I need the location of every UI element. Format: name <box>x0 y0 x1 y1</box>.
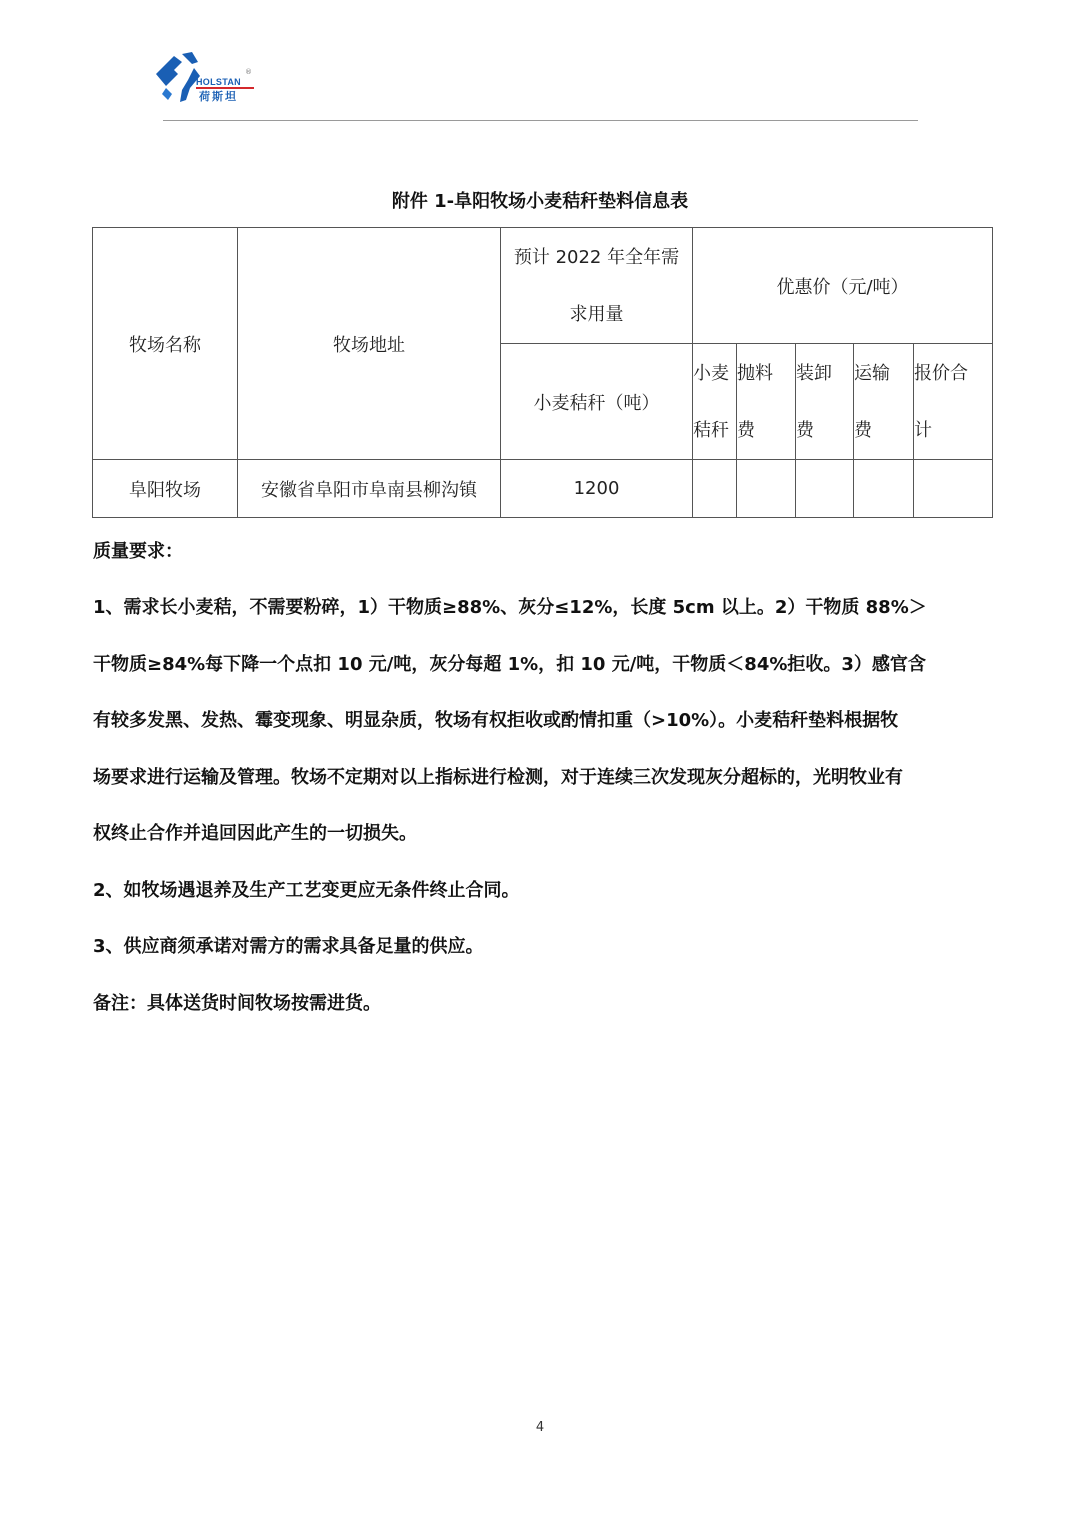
quality-heading: 质量要求： <box>93 537 993 563</box>
header-line: 费 <box>796 420 814 441</box>
document-title: 附件 1-阜阳牧场小麦秸秆垫料信息表 <box>0 187 1080 213</box>
header-line: 运输 <box>854 363 890 384</box>
cell-loading-fee <box>796 460 854 518</box>
logo-brand-en: HOLSTAN <box>196 77 241 87</box>
remark: 备注：具体送货时间牧场按需进货。 <box>93 989 993 1015</box>
header-discount-price: 优惠价（元/吨） <box>693 228 993 344</box>
cell-wheat-straw-price <box>693 460 737 518</box>
header-throwing-fee: 抛料费 <box>737 344 796 460</box>
header-farm-name: 牧场名称 <box>93 228 238 460</box>
farm-info-table: 牧场名称 牧场地址 预计 2022 年全年需求用量 优惠价（元/吨） 小麦秸秆（… <box>92 227 993 518</box>
header-line: 费 <box>854 420 872 441</box>
header-line: 抛料 <box>737 363 773 384</box>
header-farm-address: 牧场地址 <box>238 228 501 460</box>
requirement-item-2: 2、如牧场遇退养及生产工艺变更应无条件终止合同。 <box>93 876 993 902</box>
requirement-line: 有较多发黑、发热、霉变现象、明显杂质，牧场有权拒收或酌情扣重（>10%）。小麦秸… <box>93 706 993 732</box>
header-annual-demand: 预计 2022 年全年需求用量 <box>501 228 693 344</box>
cell-demand: 1200 <box>501 460 693 518</box>
requirement-line: 场要求进行运输及管理。牧场不定期对以上指标进行检测，对于连续三次发现灰分超标的，… <box>93 763 993 789</box>
table-row: 阜阳牧场 安徽省阜阳市阜南县柳沟镇 1200 <box>93 460 993 518</box>
registered-mark: ® <box>245 68 252 76</box>
requirement-item-3: 3、供应商须承诺对需方的需求具备足量的供应。 <box>93 932 993 958</box>
header-transport-fee: 运输费 <box>854 344 914 460</box>
header-line: 费 <box>737 420 755 441</box>
cell-total <box>914 460 993 518</box>
header-line: 装卸 <box>796 363 832 384</box>
cell-farm-address: 安徽省阜阳市阜南县柳沟镇 <box>238 460 501 518</box>
header-line: 计 <box>914 420 932 441</box>
header-total-quote: 报价合计 <box>914 344 993 460</box>
header-loading-fee: 装卸费 <box>796 344 854 460</box>
requirement-line: 1、需求长小麦秸，不需要粉碎，1）干物质≥88%、灰分≤12%，长度 5cm 以… <box>93 593 993 619</box>
header-demand-line2: 求用量 <box>570 304 624 325</box>
logo-brand-cn: 荷斯坦 <box>199 88 238 104</box>
cell-transport-fee <box>854 460 914 518</box>
header-line: 小麦 <box>693 363 729 384</box>
company-logo: ® HOLSTAN 荷斯坦 <box>152 48 262 110</box>
requirement-line: 权终止合作并追回因此产生的一切损失。 <box>93 819 993 845</box>
header-divider <box>163 120 918 121</box>
header-line: 报价合 <box>914 363 968 384</box>
cell-farm-name: 阜阳牧场 <box>93 460 238 518</box>
page-number: 4 <box>0 1420 1080 1435</box>
header-demand-line1: 预计 2022 年全年需 <box>514 247 679 268</box>
cell-throwing-fee <box>737 460 796 518</box>
header-line: 秸秆 <box>693 420 729 441</box>
header-price-wheat-straw: 小麦秸秆 <box>693 344 737 460</box>
requirement-line: 干物质≥84%每下降一个点扣 10 元/吨，灰分每超 1%，扣 10 元/吨，干… <box>93 650 993 676</box>
header-wheat-straw-tons: 小麦秸秆（吨） <box>501 344 693 460</box>
